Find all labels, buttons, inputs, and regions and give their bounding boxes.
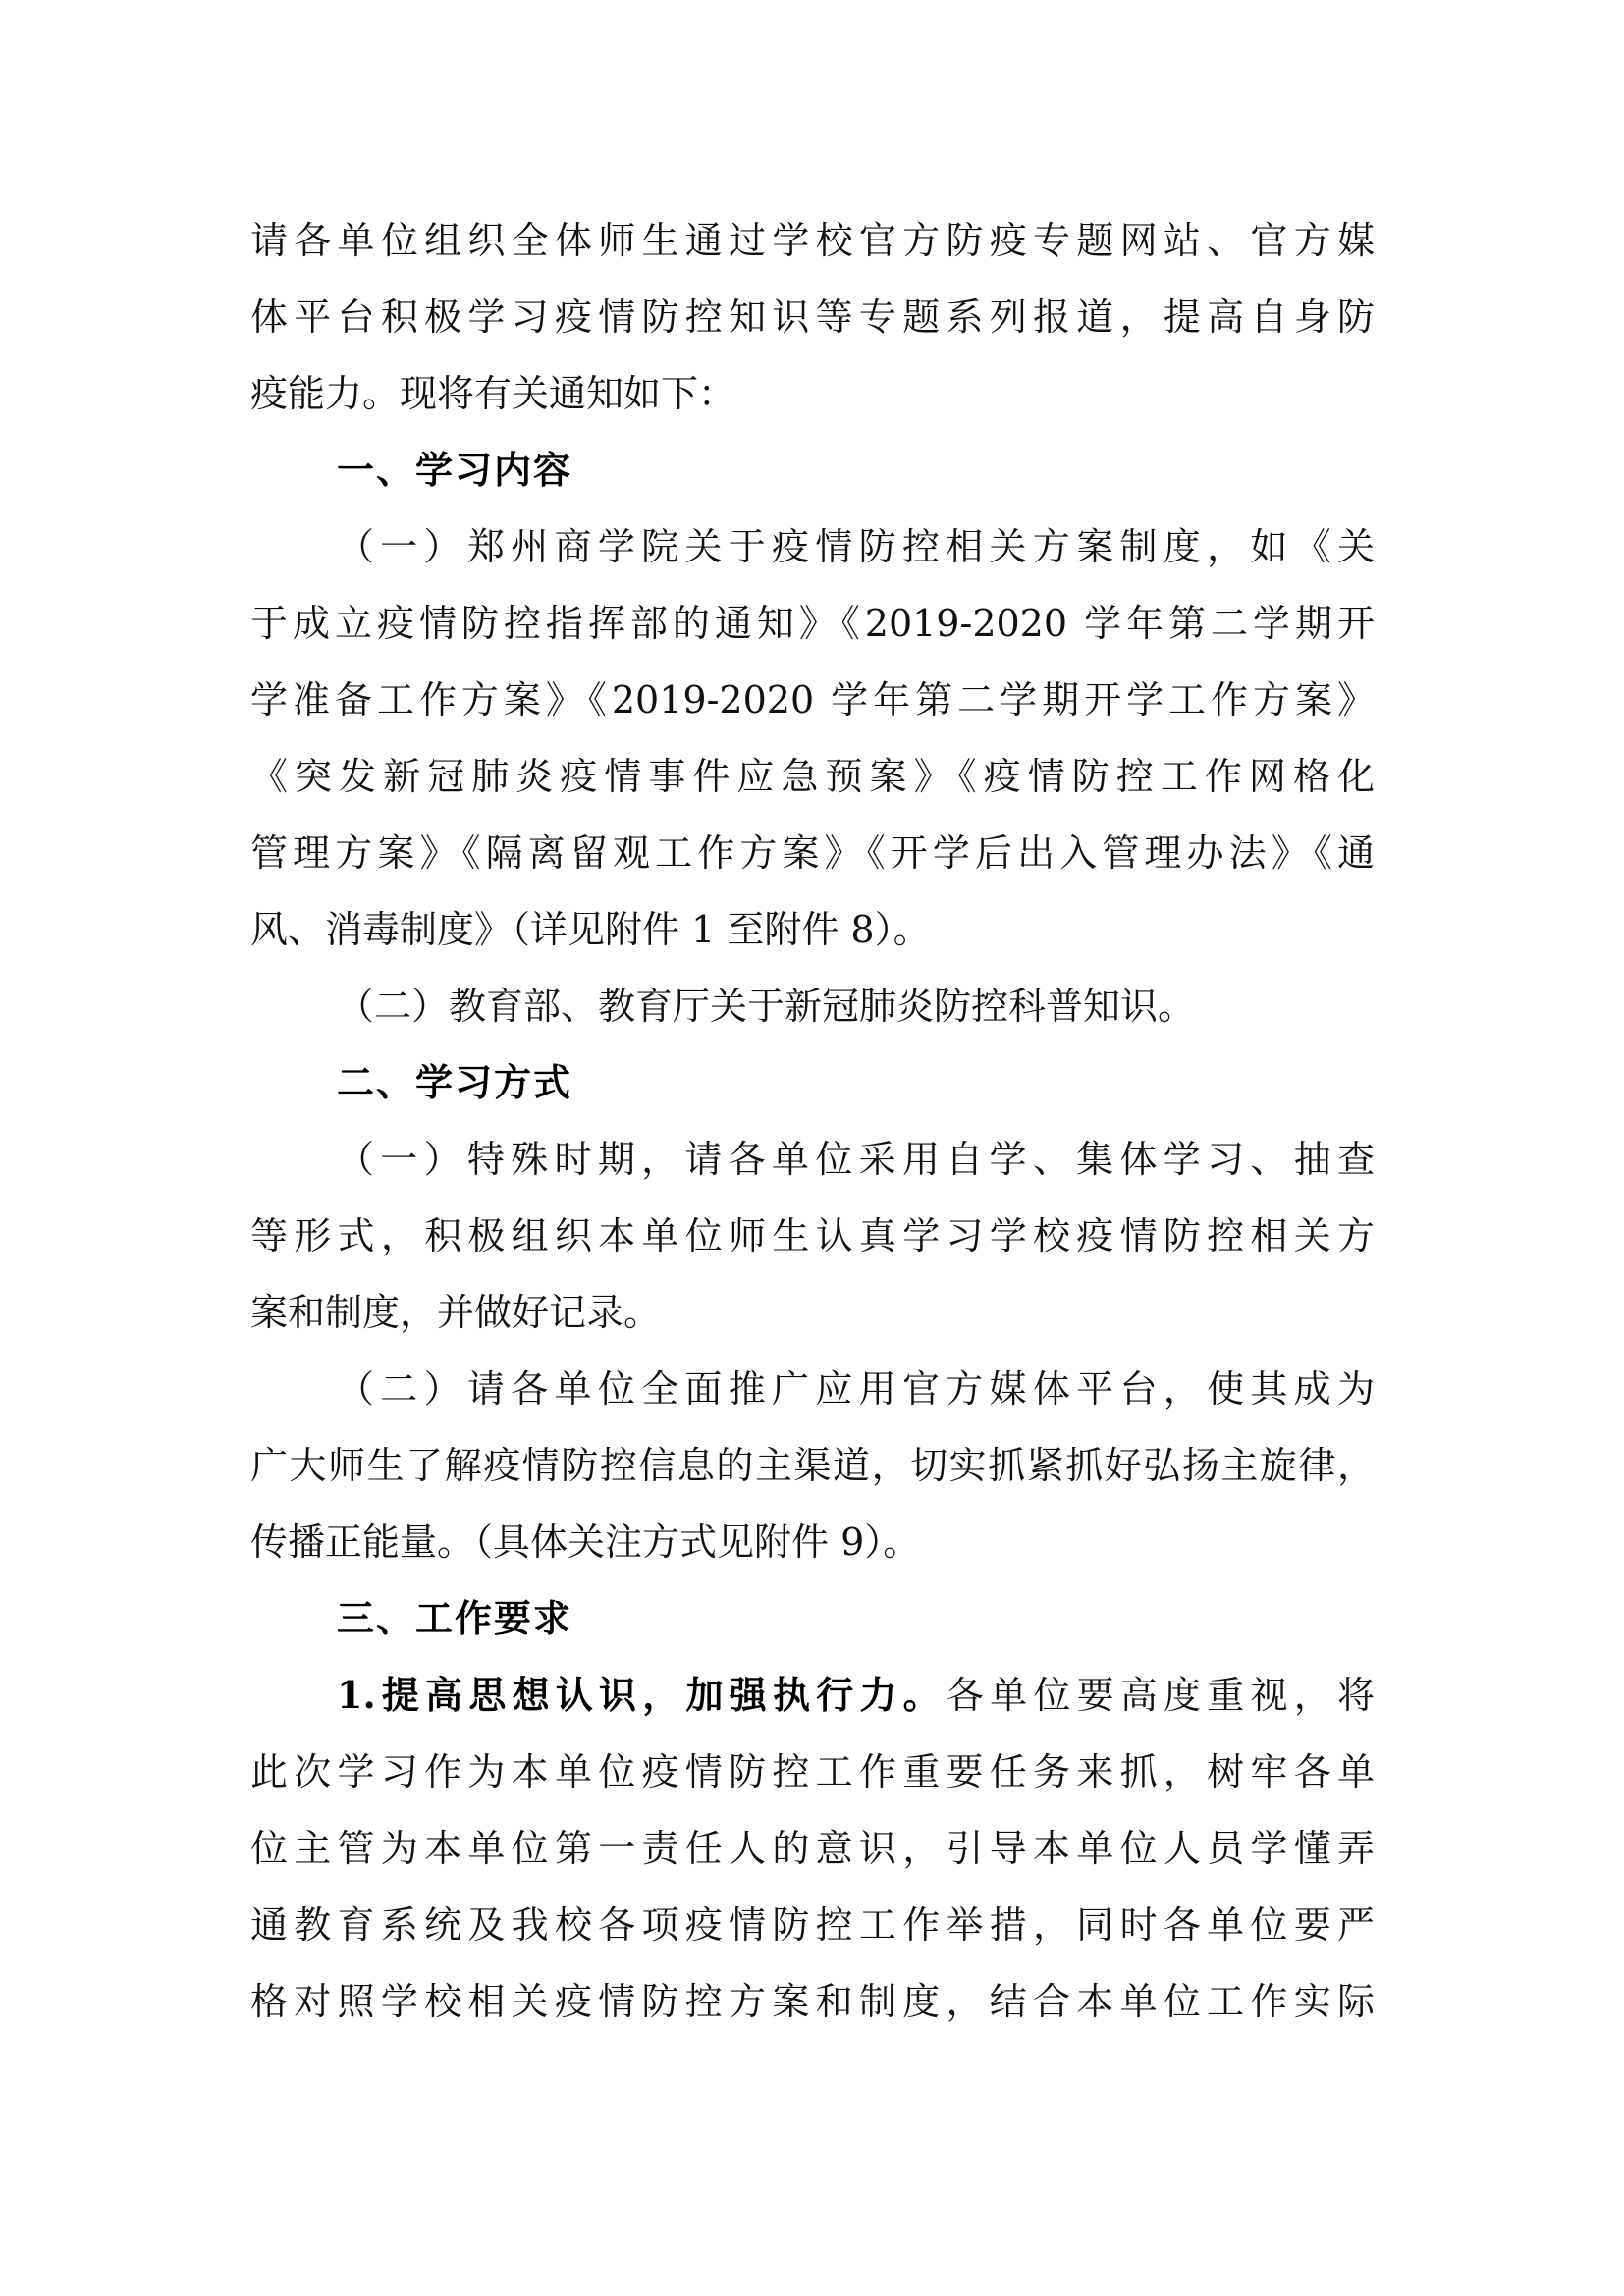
body-text-line: 等形式，积极组织本单位师生认真学习学校疫情防控相关方	[250, 1213, 1375, 1258]
body-text-line: 疫能力。现将有关通知如下：	[250, 371, 1375, 416]
section-heading-study-content: 一、学习内容	[337, 448, 572, 493]
body-text-line: （一）特殊时期，请各单位采用自学、集体学习、抽查	[337, 1137, 1375, 1182]
body-text-line: （一）郑州商学院关于疫情防控相关方案制度，如《关	[337, 524, 1375, 569]
section-heading-study-method: 二、学习方式	[337, 1060, 572, 1105]
body-text-line: 此次学习作为本单位疫情防控工作重要任务来抓，树牢各单	[250, 1749, 1375, 1794]
body-text-line: 通教育系统及我校各项疫情防控工作举措，同时各单位要严	[250, 1902, 1375, 1948]
section-heading-work-requirements: 三、工作要求	[337, 1596, 572, 1641]
body-text-line: 风、消毒制度》（详见附件 1 至附件 8）。	[250, 907, 1375, 952]
body-text-line: 案和制度，并做好记录。	[250, 1290, 1375, 1335]
body-text-line: （二）请各单位全面推广应用官方媒体平台，使其成为	[337, 1366, 1375, 1412]
body-text-line: 请各单位组织全体师生通过学校官方防疫专题网站、官方媒	[250, 218, 1375, 263]
body-text-line: 于成立疫情防控指挥部的通知》《2019-2020 学年第二学期开	[250, 601, 1375, 646]
body-text-line: 广大师生了解疫情防控信息的主渠道，切实抓紧抓好弘扬主旋律，	[250, 1443, 1375, 1488]
body-text-line: （二）教育部、教育厅关于新冠肺炎防控科普知识。	[337, 984, 1375, 1029]
body-text-line: 传播正能量。（具体关注方式见附件 9）。	[250, 1520, 1375, 1565]
body-text-run: 各单位要高度重视，将	[947, 1674, 1375, 1717]
body-text-line: 学准备工作方案》《2019-2020 学年第二学期开学工作方案》	[250, 677, 1375, 722]
document-page: 请各单位组织全体师生通过学校官方防疫专题网站、官方媒 体平台积极学习疫情防控知识…	[0, 0, 1624, 2296]
body-text-line: 《突发新冠肺炎疫情事件应急预案》《疫情防控工作网格化	[250, 754, 1375, 799]
bold-lead-text: 1.提高思想认识，加强执行力。	[337, 1673, 947, 1717]
body-text-line: 位主管为本单位第一责任人的意识，引导本单位人员学懂弄	[250, 1826, 1375, 1871]
body-text-line-with-lead: 1.提高思想认识，加强执行力。各单位要高度重视，将	[337, 1673, 1375, 1718]
body-text-line: 体平台积极学习疫情防控知识等专题系列报道，提高自身防	[250, 294, 1375, 340]
body-text-line: 格对照学校相关疫情防控方案和制度，结合本单位工作实际	[250, 1979, 1375, 2024]
body-text-line: 管理方案》《隔离留观工作方案》《开学后出入管理办法》《通	[250, 830, 1375, 876]
